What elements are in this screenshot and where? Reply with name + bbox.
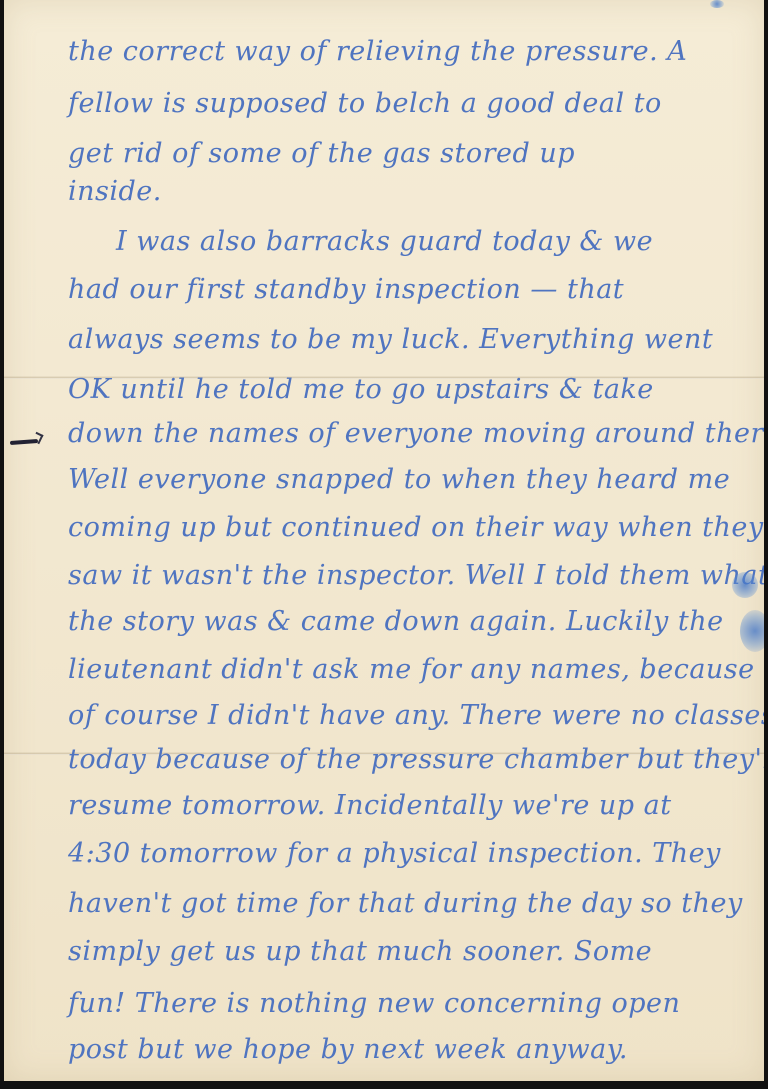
handwritten-line: today because of the pressure chamber bu… <box>68 746 744 773</box>
handwritten-line: inside. <box>68 178 744 205</box>
handwritten-line: saw it wasn't the inspector. Well I told… <box>68 562 744 589</box>
handwritten-line: post but we hope by next week anyway. <box>68 1036 744 1063</box>
handwritten-line: fun! There is nothing new concerning ope… <box>68 990 744 1017</box>
handwritten-line: I was also barracks guard today & we <box>116 228 744 255</box>
handwritten-line: haven't got time for that during the day… <box>68 890 744 917</box>
handwritten-line: the correct way of relieving the pressur… <box>68 38 744 65</box>
letter-page: the correct way of relieving the pressur… <box>4 0 764 1081</box>
handwritten-line: fellow is supposed to belch a good deal … <box>68 90 744 117</box>
handwritten-line: down the names of everyone moving around… <box>68 420 744 447</box>
handwritten-line: simply get us up that much sooner. Some <box>68 938 744 965</box>
handwritten-line: OK until he told me to go upstairs & tak… <box>68 376 744 403</box>
handwritten-line: of course I didn't have any. There were … <box>68 702 744 729</box>
handwritten-line: resume tomorrow. Incidentally we're up a… <box>68 792 744 819</box>
handwritten-line: lieutenant didn't ask me for any names, … <box>68 656 744 683</box>
handwritten-line: had our first standby inspection — that <box>68 276 744 303</box>
handwritten-line: get rid of some of the gas stored up <box>68 140 744 167</box>
ink-blot <box>740 610 764 652</box>
scan-border <box>0 1081 768 1089</box>
ink-blot <box>732 572 758 598</box>
handwritten-line: always seems to be my luck. Everything w… <box>68 326 744 353</box>
ink-blot <box>710 0 724 8</box>
handwritten-line: 4:30 tomorrow for a physical inspection.… <box>68 840 744 867</box>
handwritten-line: the story was & came down again. Luckily… <box>68 608 744 635</box>
handwritten-line: Well everyone snapped to when they heard… <box>68 466 744 493</box>
handwritten-line: coming up but continued on their way whe… <box>68 514 744 541</box>
margin-arrow-mark <box>10 439 38 445</box>
